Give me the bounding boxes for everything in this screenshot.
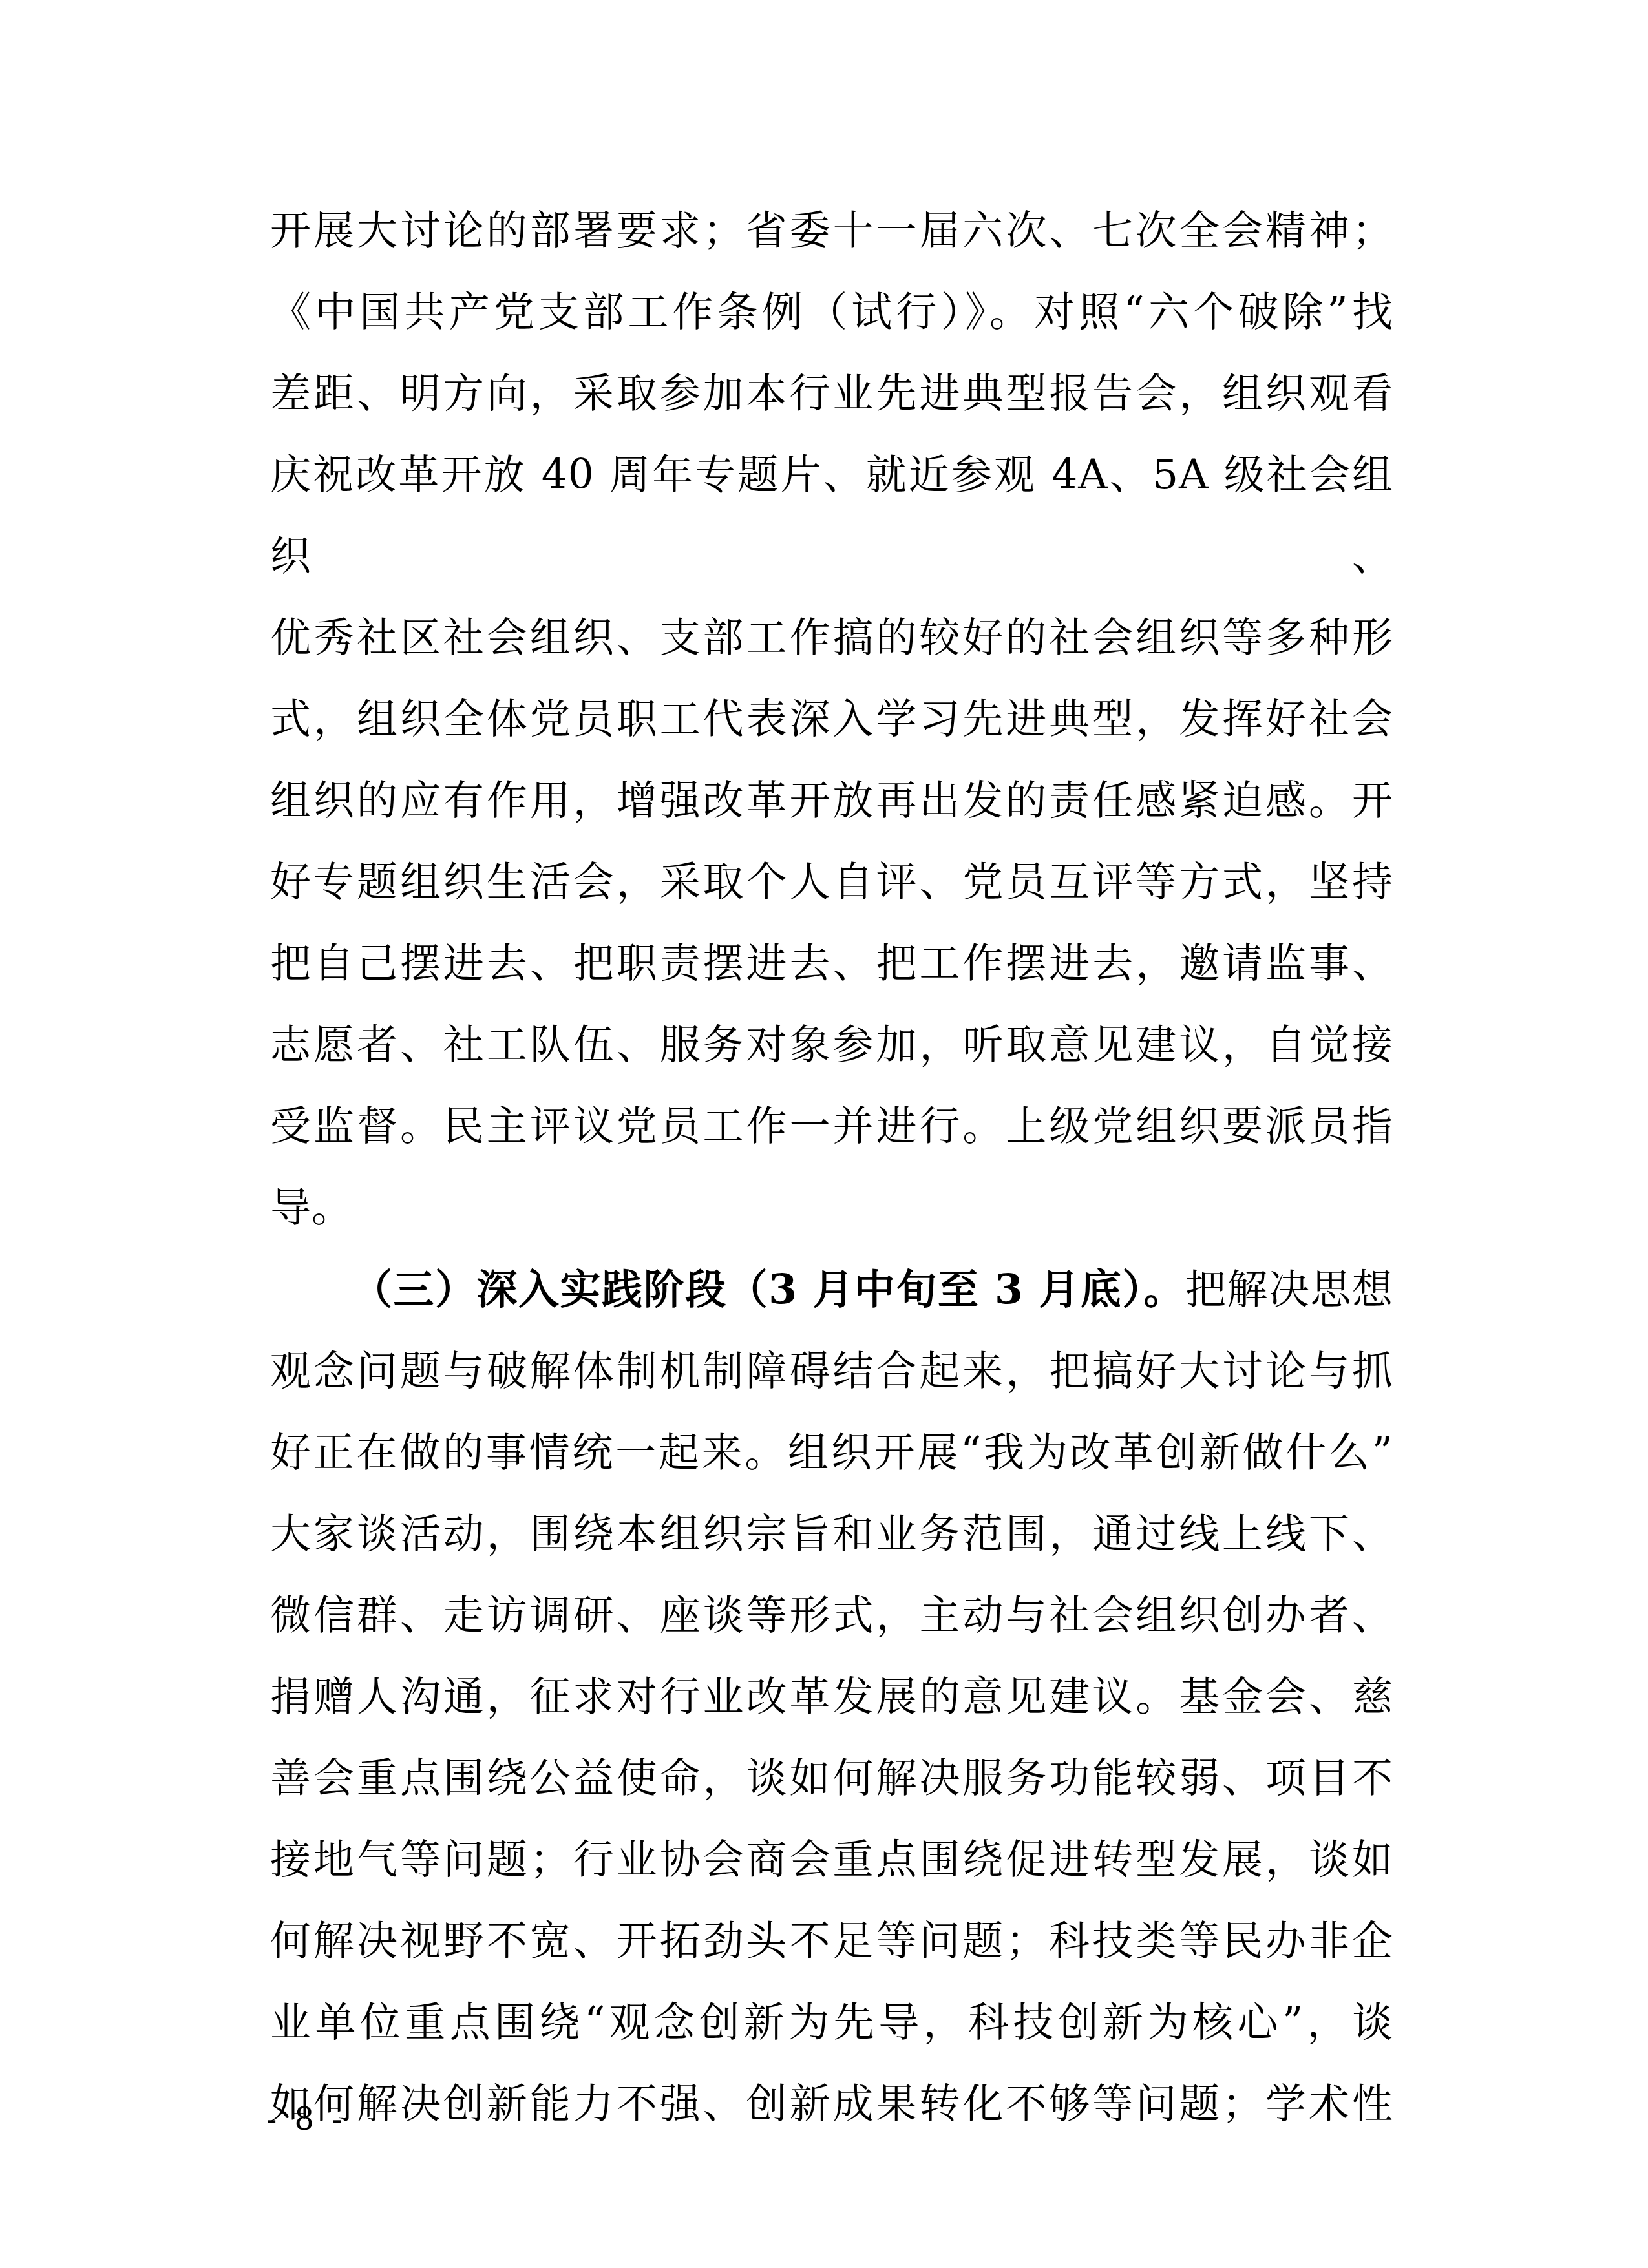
text-line: 微信群、走访调研、座谈等形式，主动与社会组织创办者、: [270, 1575, 1393, 1656]
document-page: 开展大讨论的部署要求；省委十一届六次、七次全会精神； 《中国共产党支部工作条例（…: [0, 0, 1648, 2268]
text-line: 善会重点围绕公益使命，谈如何解决服务功能较弱、项目不: [270, 1738, 1393, 1819]
text-line: 接地气等问题；行业协会商会重点围绕促进转型发展，谈如: [270, 1819, 1393, 1900]
text-line: 差距、明方向，采取参加本行业先进典型报告会，组织观看: [270, 353, 1393, 434]
text-line: 开展大讨论的部署要求；省委十一届六次、七次全会精神；: [270, 190, 1393, 271]
text-line: 好专题组织生活会，采取个人自评、党员互评等方式，坚持: [270, 841, 1393, 923]
page-number: - 8 -: [266, 2101, 346, 2137]
text-line: 《中国共产党支部工作条例（试行）》。对照“六个破除”找: [270, 271, 1393, 353]
text-line: 大家谈活动，围绕本组织宗旨和业务范围，通过线上线下、: [270, 1493, 1393, 1575]
text-line: 受监督。民主评议党员工作一并进行。上级党组织要派员指: [270, 1086, 1393, 1167]
text-line: 好正在做的事情统一起来。组织开展“我为改革创新做什么”: [270, 1412, 1393, 1493]
text-line: 志愿者、社工队伍、服务对象参加，听取意见建议，自觉接: [270, 1004, 1393, 1086]
text-line: 业单位重点围绕“观念创新为先导，科技创新为核心”，谈: [270, 1982, 1393, 2063]
text-line: 何解决视野不宽、开拓劲头不足等问题；科技类等民办非企: [270, 1900, 1393, 1982]
text-line-paragraph-end: 导。: [270, 1167, 1393, 1248]
text-line-section-heading: （三）深入实践阶段（3 月中旬至 3 月底）。把解决思想: [270, 1248, 1393, 1330]
text-line: 组织的应有作用，增强改革开放再出发的责任感紧迫感。开: [270, 760, 1393, 841]
text-line: 优秀社区社会组织、支部工作搞的较好的社会组织等多种形: [270, 597, 1393, 678]
section-heading-rest: 把解决思想: [1185, 1266, 1393, 1313]
text-line: 捐赠人沟通，征求对行业改革发展的意见建议。基金会、慈: [270, 1656, 1393, 1738]
text-line: 式，组织全体党员职工代表深入学习先进典型，发挥好社会: [270, 678, 1393, 760]
body-text-block: 开展大讨论的部署要求；省委十一届六次、七次全会精神； 《中国共产党支部工作条例（…: [270, 190, 1393, 2145]
section-heading-bold: （三）深入实践阶段（3 月中旬至 3 月底）。: [352, 1265, 1185, 1313]
text-line: 如何解决创新能力不强、创新成果转化不够等问题；学术性: [270, 2063, 1393, 2145]
text-line: 把自己摆进去、把职责摆进去、把工作摆进去，邀请监事、: [270, 923, 1393, 1004]
text-line: 观念问题与破解体制机制障碍结合起来，把搞好大讨论与抓: [270, 1330, 1393, 1412]
text-line: 庆祝改革开放 40 周年专题片、就近参观 4A、5A 级社会组织、: [270, 434, 1393, 597]
